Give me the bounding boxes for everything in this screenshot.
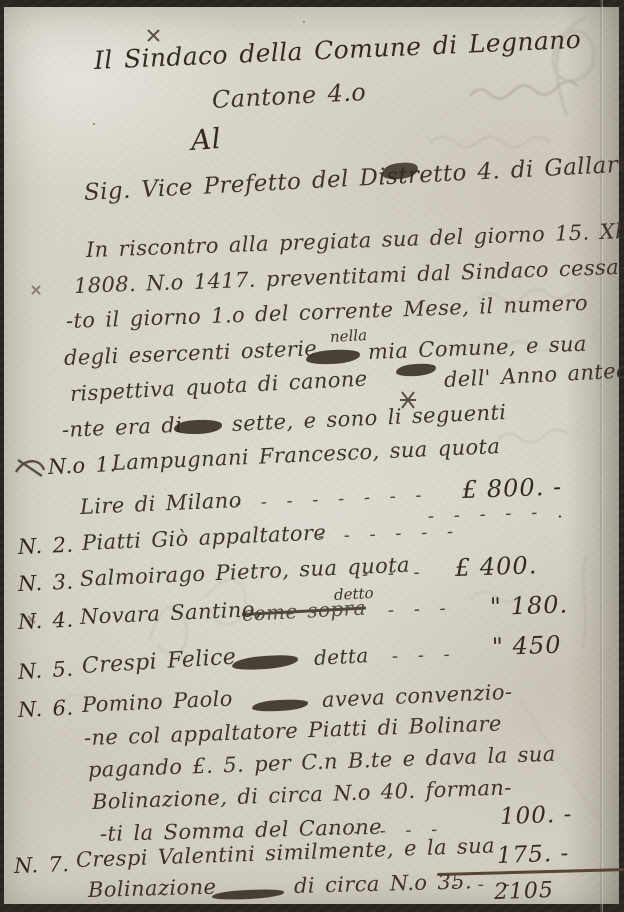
list-item-number: N. 2. [18,535,74,558]
amount-value: " 180. [490,592,569,619]
dash-leader: - - - [392,646,457,666]
dash-leader: - - - - - - [318,523,461,546]
list-item-number: N. 6. [18,698,74,721]
amount-value: 100. - [500,803,573,829]
list-item-text: detta [313,645,369,668]
amount-value: £ 400. [455,553,538,580]
amount-value: 175. - [497,842,570,868]
list-item-number: N. 4. [18,610,74,633]
body-line: -nte era di [62,415,183,441]
list-item-number: N.o 1. [48,454,117,478]
dash-leader: - - - [362,564,427,584]
total-value: 2105 [494,880,555,904]
dash-leader: - - - [388,600,453,620]
list-item-number: N. 5. [17,659,74,683]
manuscript-photo: Il Sindaco della Comune di Legnano Canto… [0,0,624,912]
foxing-specks [0,0,4,4]
list-item-text: Bolinazione [88,877,217,901]
amount-value: " 450 [492,633,562,659]
inserted-word: detto [334,586,374,603]
amount-value: £ 800. - [462,475,563,502]
list-item-number: N. 3. [18,572,74,595]
inserted-word: nella [330,328,368,345]
list-item-number: N. 7. [14,854,70,877]
salutation-al: Al [190,125,222,155]
